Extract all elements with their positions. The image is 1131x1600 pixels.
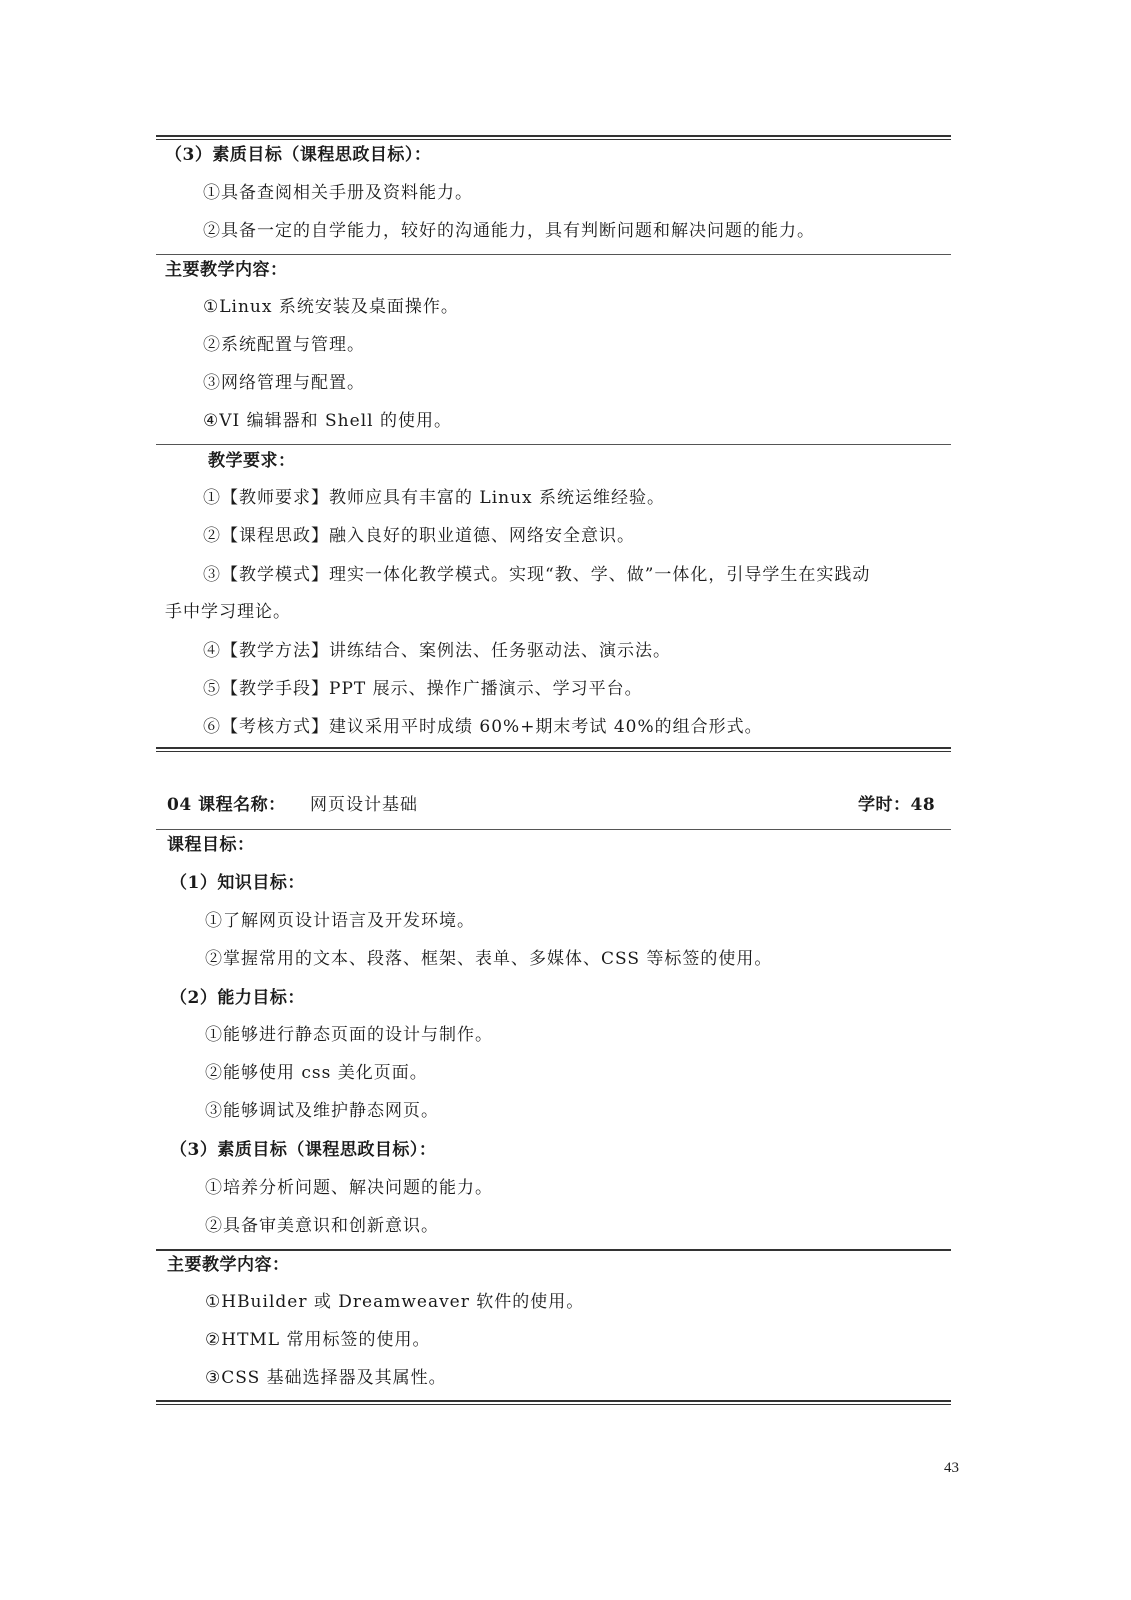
ability-goal-item: ①能够进行静态页面的设计与制作。 (205, 1024, 493, 1046)
top-double-rule (156, 135, 951, 140)
content-heading: 主要教学内容： (167, 1254, 290, 1276)
content-item: ①HBuilder 或 Dreamweaver 软件的使用。 (205, 1291, 584, 1313)
quality-goal-item: ②具备一定的自学能力，较好的沟通能力，具有判断问题和解决问题的能力。 (203, 220, 815, 242)
knowledge-goal-item: ①了解网页设计语言及开发环境。 (205, 910, 475, 932)
content-item: ④VI 编辑器和 Shell 的使用。 (203, 410, 452, 432)
requirements-heading: 教学要求： (208, 450, 296, 472)
goals-heading: 课程目标： (167, 834, 255, 856)
ability-goal-item: ③能够调试及维护静态网页。 (205, 1100, 439, 1122)
content-item: ②系统配置与管理。 (203, 334, 365, 356)
course-hours: 学时：48 (858, 794, 935, 816)
knowledge-goal-item: ②掌握常用的文本、段落、框架、表单、多媒体、CSS 等标签的使用。 (205, 948, 772, 970)
quality-heading: （3）素质目标（课程思政目标）： (170, 1139, 436, 1161)
content-item: ③CSS 基础选择器及其属性。 (205, 1367, 447, 1389)
requirement-item: ②【课程思政】融入良好的职业道德、网络安全意识。 (203, 525, 635, 547)
course-name-value: 网页设计基础 (310, 794, 418, 816)
knowledge-heading: （1）知识目标： (170, 872, 305, 894)
divider (156, 444, 951, 445)
section-end-double-rule (156, 747, 951, 752)
requirement-item: ①【教师要求】教师应具有丰富的 Linux 系统运维经验。 (203, 487, 665, 509)
requirement-item: ⑥【考核方式】建议采用平时成绩 60%+期末考试 40%的组合形式。 (203, 716, 763, 738)
course-name-label: 04 课程名称： (167, 794, 286, 816)
content-item: ①Linux 系统安装及桌面操作。 (203, 296, 459, 318)
ability-goal-item: ②能够使用 css 美化页面。 (205, 1062, 428, 1084)
divider (156, 1249, 951, 1251)
section-end-double-rule (156, 1400, 951, 1405)
quality-goal-item: ①培养分析问题、解决问题的能力。 (205, 1177, 493, 1199)
content-item: ③网络管理与配置。 (203, 372, 365, 394)
requirement-item: ⑤【教学手段】PPT 展示、操作广播演示、学习平台。 (203, 678, 643, 700)
requirement-item: ④【教学方法】讲练结合、案例法、任务驱动法、演示法。 (203, 640, 671, 662)
divider (156, 829, 951, 830)
quality-goal-item: ①具备查阅相关手册及资料能力。 (203, 182, 473, 204)
requirement-item: ③【教学模式】理实一体化教学模式。实现“教、学、做”一体化，引导学生在实践动 (203, 564, 870, 586)
content-heading: 主要教学内容： (165, 259, 288, 281)
requirement-item-continued: 手中学习理论。 (165, 601, 291, 623)
page-number: 43 (944, 1460, 959, 1477)
quality-goal-item: ②具备审美意识和创新意识。 (205, 1215, 439, 1237)
divider (156, 254, 951, 255)
ability-heading: （2）能力目标： (170, 987, 305, 1009)
quality-goal-heading: （3）素质目标（课程思政目标）： (165, 144, 431, 166)
content-item: ②HTML 常用标签的使用。 (205, 1329, 431, 1351)
